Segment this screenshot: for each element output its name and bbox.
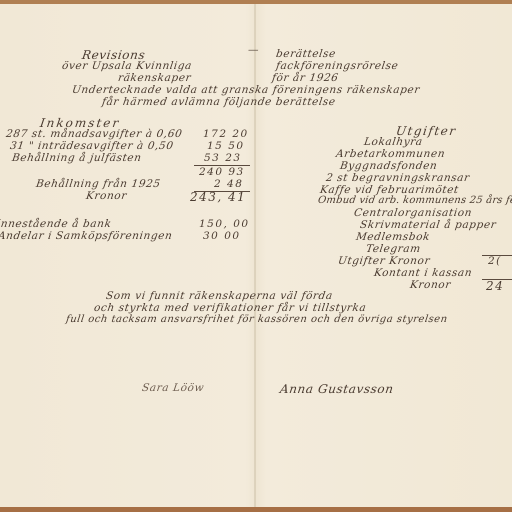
closing-line3: full och tacksam ansvarsfrihet för kassö… <box>65 314 448 325</box>
title-line5: får härmed avlämna följande berättelse <box>101 96 336 108</box>
title-line3-right: för år 1926 <box>271 72 339 84</box>
asset-label: Innestående å bank <box>0 218 112 230</box>
income-item-label: 31 " inträdesavgifter à 0,50 <box>9 140 174 152</box>
signature-1: Sara Lööw <box>141 382 205 394</box>
title-line2-right: fackföreningsrörelse <box>275 60 399 72</box>
asset-amount: 30 00 <box>203 230 241 242</box>
expense-item: Arbetarkommunen <box>335 148 446 160</box>
asset-amount: 150, 00 <box>199 218 250 230</box>
expense-item: Skrivmaterial å papper <box>359 219 497 231</box>
income-subtotal: 240 93 <box>199 166 245 178</box>
closing-line2: och styrkta med verifikationer får vi ti… <box>93 302 367 314</box>
document-page: Revisions berättelse — över Upsala Kvinn… <box>0 4 512 507</box>
expense-item: Ombud vid arb. kommunens 25 års fest <box>317 195 512 206</box>
expense-item: Telegram <box>365 243 421 255</box>
expense-item: Centralorganisation <box>353 207 473 219</box>
cash-label: Kontant i kassan <box>373 267 473 279</box>
title-line1-right: berättelse <box>275 48 337 60</box>
title-line3-left: räkenskaper <box>117 72 192 84</box>
expenses-total-amount: 2( <box>488 255 502 267</box>
expenses-total-label: Utgifter Kronor <box>337 255 431 267</box>
final-total-amount: 24 <box>486 279 504 293</box>
income-item-label: Behållning å julfästen <box>11 152 142 164</box>
income-item-amount: 53 23 <box>204 152 242 164</box>
asset-label: Andelar i Samköpsföreningen <box>0 230 173 242</box>
income-total-label: Kronor <box>85 190 128 202</box>
carryover-label: Behållning från 1925 <box>35 178 161 190</box>
expense-item: Medlemsbok <box>355 231 431 243</box>
final-total-label: Kronor <box>409 279 452 291</box>
income-item-label: 287 st. månadsavgifter à 0,60 <box>5 128 183 140</box>
title-dash: — <box>247 44 260 56</box>
income-item-amount: 15 50 <box>207 140 245 152</box>
expense-item: 2 st begravningskransar <box>325 172 470 184</box>
carryover-amount: 2 48 <box>214 178 243 190</box>
income-item-amount: 172 20 <box>203 128 249 140</box>
frame-edge-bottom <box>0 507 512 512</box>
page-fold <box>254 4 256 507</box>
closing-line1: Som vi funnit räkenskaperna väl förda <box>105 290 333 302</box>
expense-item: Lokalhyra <box>363 136 423 148</box>
signature-2: Anna Gustavsson <box>279 382 395 396</box>
title-line4: Undertecknade valda att granska förening… <box>71 84 421 96</box>
title-line2-left: över Upsala Kvinnliga <box>61 60 193 72</box>
income-total-amount: 243, 41 <box>190 190 246 204</box>
expense-item: Byggnadsfonden <box>339 160 438 172</box>
